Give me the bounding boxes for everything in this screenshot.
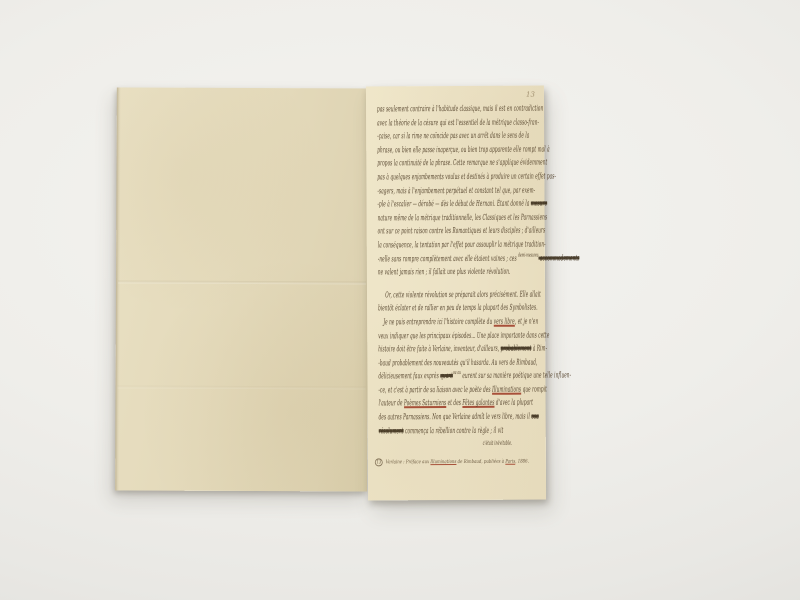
manuscript-line: résolument commença la rébellion contre … (379, 424, 465, 438)
manuscript-text-segment: osa (531, 412, 538, 421)
manuscript-text-segment: -baud probablement des nouveautés qu'il … (378, 357, 537, 367)
manuscript-line: pas seulement contraire à l'habitude cla… (377, 102, 463, 116)
manuscript-line: nature même de la métrique traditionnell… (378, 211, 464, 225)
footnote-marker: 13 (375, 458, 383, 466)
manuscript-text-segment: , et je n'en (515, 316, 538, 325)
manuscript-line: -ce, et c'est à partir de sa liaison ave… (378, 383, 464, 397)
manuscript-text-segment: ou au (453, 370, 461, 376)
manuscript-text-segment: pas à quelques enjambements voulus et de… (377, 171, 556, 181)
manuscript-line: pas à quelques enjambements voulus et de… (377, 170, 463, 184)
manuscript-text-segment: la conséquence, la tentation par l'effet… (378, 239, 546, 249)
manuscript-text-segment: pas seulement contraire à l'habitude cla… (377, 104, 543, 114)
manuscript-text-segment: phrase, ou bien elle passe inaperçue, ou… (377, 144, 549, 154)
manuscript-text-segment: à Rim- (531, 344, 547, 353)
manuscript-line: ne valent jamais rien ; il fallait une p… (378, 265, 464, 279)
manuscript-line: -ple à l'escalier — dérobé — dès le débu… (377, 197, 463, 211)
footnote-annotation: 13 Verlaine : Préface aux Illuminations … (375, 458, 506, 467)
manuscript-line: bientôt éclater et de rallier en peu de … (378, 301, 464, 315)
manuscript-line: veux indiquer que les principaux épisode… (378, 328, 464, 342)
manuscript-text-segment: d'avec la plupart (494, 398, 533, 407)
manuscript-text-segment: veux indiquer que les principaux épisode… (378, 330, 549, 340)
manuscript-text-segment: propos la continuité de la phrase. Cette… (377, 158, 547, 168)
page-number: 13 (526, 91, 535, 99)
page-stack-edge (115, 87, 121, 490)
manuscript-line: -baud probablement des nouveautés qu'il … (378, 356, 464, 370)
fold-crease-lower (118, 386, 366, 390)
manuscript-text-segment: Or, cette violente révolution se prépara… (385, 289, 541, 299)
manuscript-text-segment: vers libre (494, 317, 515, 326)
manuscript-text-segment: quant (440, 371, 453, 380)
manuscript-text-segment: ont sur ce point raison contre les Roman… (378, 226, 546, 236)
manuscript-text-segment: et des (446, 398, 462, 407)
manuscript-text-segment: -sagers, mais à l'enjambement perpétuel … (377, 185, 535, 195)
manuscript-line (378, 279, 464, 288)
manuscript-line: -nelle sans rompre complètement avec ell… (378, 251, 464, 265)
manuscript-text-segment: -nelle sans rompre complètement avec ell… (378, 253, 518, 263)
manuscript-text-segment: des autres Parnassiens. Non que Verlaine… (379, 412, 532, 422)
manuscript-text-segment: , 1886. (515, 459, 529, 465)
manuscript-line: propos la continuité de la phrase. Cette… (377, 156, 463, 170)
manuscript-text-segment: accommodements (538, 253, 579, 262)
manuscript-text-segment: commença la rébellion contre la règle ; … (404, 425, 504, 435)
manuscript-line: phrase, ou bien elle passe inaperçue, ou… (377, 143, 463, 157)
manuscript-line: Je ne puis entreprendre ici l'histoire c… (378, 315, 464, 329)
manuscript-text-segment: bientôt éclater et de rallier en peu de … (378, 303, 538, 313)
footnote-text: Verlaine : Préface aux Illuminations de … (386, 459, 529, 466)
manuscript-text-segment: Illuminations (492, 385, 521, 394)
manuscript-text-segment: eurent sur sa manière poétique une telle… (461, 371, 571, 381)
manuscript-line: la conséquence, la tentation par l'effet… (378, 238, 464, 252)
manuscript-text-segment: histoire doit être faite à Verlaine, inv… (378, 344, 500, 354)
manuscript-text-segment: que rompit (521, 384, 547, 393)
manuscript-line: -sagers, mais à l'enjambement perpétuel … (377, 184, 463, 198)
manuscript-text-segment: mesure (531, 199, 547, 208)
manuscript-text-segment: avec la théorie de la césure qui est l'e… (377, 117, 539, 127)
manuscript-line: histoire doit être faite à Verlaine, inv… (378, 342, 464, 356)
manuscript-text-segment: probablement (501, 344, 532, 353)
manuscript-text-segment: Fêtes galantes (462, 398, 494, 407)
manuscript-line: des autres Parnassiens. Non que Verlaine… (379, 410, 465, 424)
manuscript-line: Or, cette violente révolution se prépara… (378, 288, 464, 302)
manuscript-line: ont sur ce point raison contre les Roman… (378, 224, 464, 238)
manuscript-text-segment: nature même de la métrique traditionnell… (378, 212, 548, 222)
manuscript-text: pas seulement contraire à l'habitude cla… (377, 102, 544, 452)
manuscript-text-segment: résolument (379, 426, 404, 435)
manuscript-text-segment: de Rimbaud, publiées à (456, 459, 505, 465)
manuscript-text-segment: Illuminations (430, 459, 456, 465)
manuscript-line: avec la théorie de la césure qui est l'e… (377, 116, 463, 130)
manuscript-text-segment: ne valent jamais rien ; il fallait une p… (378, 267, 511, 277)
manuscript-text-segment: -çaise, car si la rime ne coïncide pas a… (377, 131, 529, 141)
manuscript-text-segment: demi-mesures (518, 252, 538, 258)
manuscript-text-segment: l'auteur de (379, 399, 405, 408)
manuscript-line: délicieusement faux exprès quantou au eu… (378, 369, 464, 383)
manuscript-text-segment: Poèmes Saturniens (404, 399, 446, 408)
manuscript-text-segment: Paris (505, 459, 515, 465)
manuscript-text-segment: Verlaine : Préface aux (386, 459, 431, 465)
manuscript-line: c'était inévitable. (379, 437, 483, 451)
manuscript-page: 13 pas seulement contraire à l'habitude … (366, 86, 546, 501)
photograph: 13 pas seulement contraire à l'habitude … (0, 0, 800, 600)
manuscript-line: -çaise, car si la rime ne coïncide pas a… (377, 129, 463, 143)
manuscript-line: l'auteur de Poèmes Saturniens et des Fêt… (379, 396, 465, 410)
manuscript-text-segment: -ple à l'escalier — dérobé — dès le débu… (378, 199, 531, 209)
manuscript-text-segment: délicieusement faux exprès (378, 371, 440, 380)
blank-page (115, 87, 369, 491)
manuscript-text-segment: Je ne puis entreprendre ici l'histoire c… (383, 317, 493, 327)
manuscript-text-segment: -ce, et c'est à partir de sa liaison ave… (378, 385, 492, 395)
fold-crease (118, 281, 366, 285)
manuscript-text-segment: c'était inévitable. (483, 440, 512, 447)
